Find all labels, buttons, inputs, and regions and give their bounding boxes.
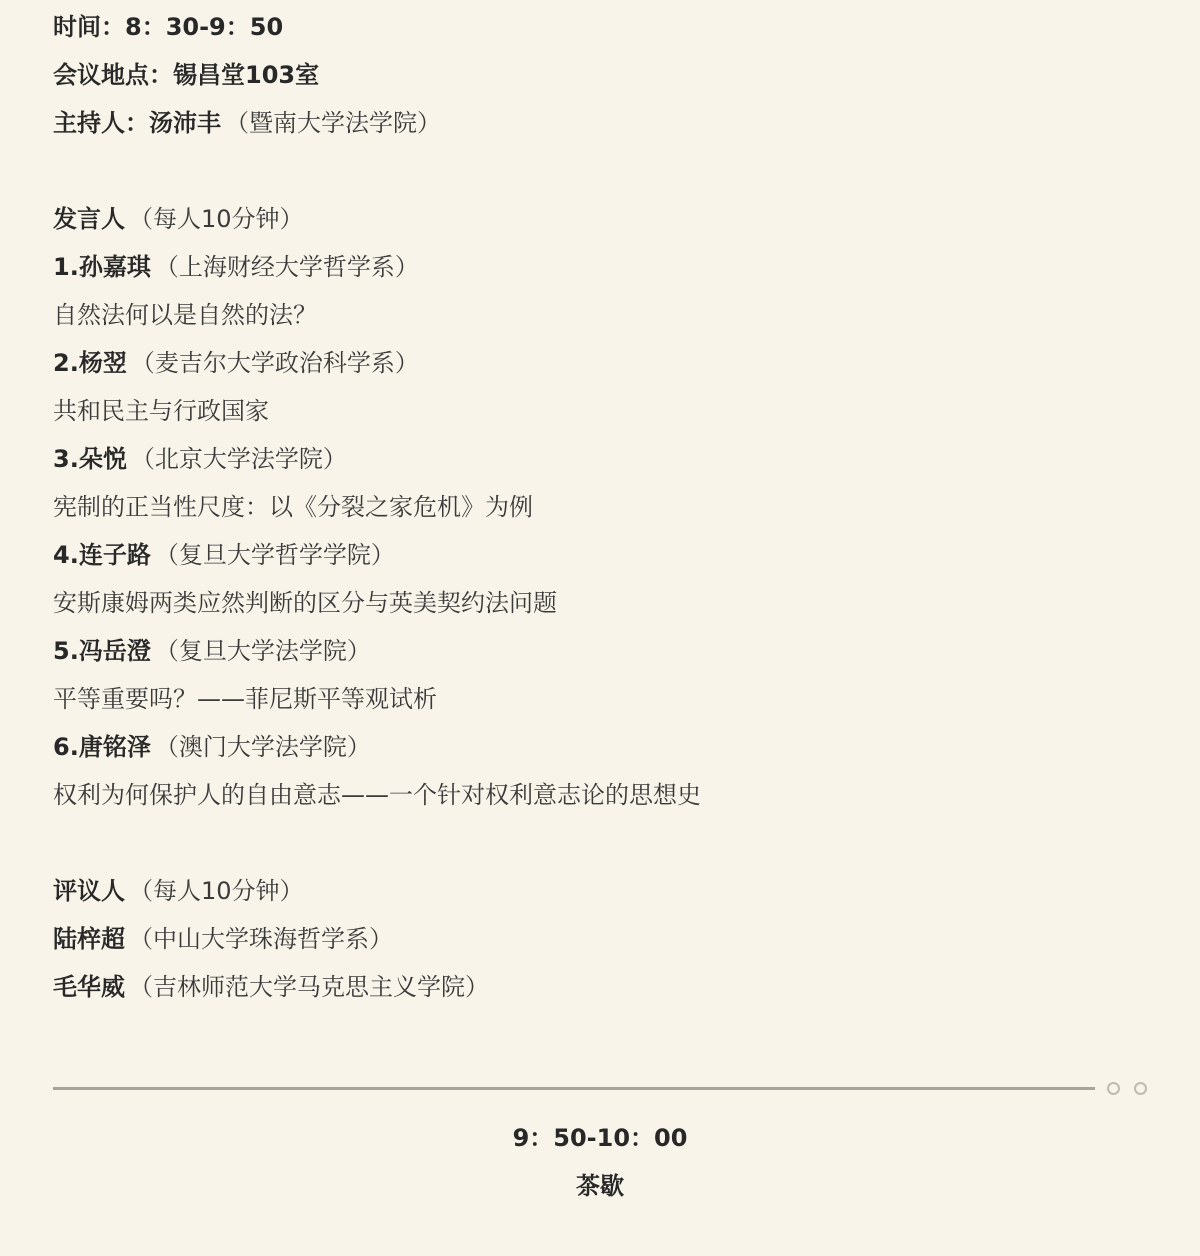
tea-break-time: 9：50-10：00 (53, 1114, 1147, 1162)
speaker-name: 5.冯岳澄 (53, 637, 151, 665)
discussant-affiliation: （中山大学珠海哲学系） (129, 925, 393, 953)
speaker-row: 5.冯岳澄（复旦大学法学院） (53, 627, 1147, 675)
discussants-heading-label: 评议人 (53, 877, 125, 905)
speaker-row: 1.孙嘉琪（上海财经大学哲学系） (53, 243, 1147, 291)
speaker-affiliation: （北京大学法学院） (131, 445, 347, 473)
speaker-affiliation: （复旦大学法学院） (155, 637, 371, 665)
blank-line (53, 147, 1147, 195)
session-host-line: 主持人：汤沛丰（暨南大学法学院） (53, 99, 1147, 147)
section-divider (53, 1081, 1147, 1095)
host-label: 主持人： (53, 109, 149, 137)
speaker-affiliation: （麦吉尔大学政治科学系） (131, 349, 419, 377)
speaker-affiliation: （澳门大学法学院） (155, 733, 371, 761)
speaker-name: 1.孙嘉琪 (53, 253, 151, 281)
divider-line (53, 1087, 1095, 1090)
discussant-affiliation: （吉林师范大学马克思主义学院） (129, 973, 489, 1001)
speaker-row: 2.杨翌（麦吉尔大学政治科学系） (53, 339, 1147, 387)
speaker-talk-title: 自然法何以是自然的法？ (53, 291, 1147, 339)
speaker-name: 6.唐铭泽 (53, 733, 151, 761)
host-name: 汤沛丰 (149, 109, 221, 137)
speaker-row: 6.唐铭泽（澳门大学法学院） (53, 723, 1147, 771)
speaker-affiliation: （上海财经大学哲学系） (155, 253, 419, 281)
session-time-line: 时间：8：30-9：50 (53, 3, 1147, 51)
divider-dot-icon (1107, 1082, 1120, 1095)
speaker-name: 4.连子路 (53, 541, 151, 569)
discussants-heading: 评议人（每人10分钟） (53, 867, 1147, 915)
speaker-name: 3.朵悦 (53, 445, 127, 473)
divider-dot-icon (1134, 1082, 1147, 1095)
blank-line (53, 819, 1147, 867)
speaker-talk-title: 权利为何保护人的自由意志——一个针对权利意志论的思想史 (53, 771, 1147, 819)
time-label: 时间： (53, 13, 125, 41)
speaker-talk-title: 平等重要吗？——菲尼斯平等观试析 (53, 675, 1147, 723)
speaker-talk-title: 宪制的正当性尺度：以《分裂之家危机》为例 (53, 483, 1147, 531)
speakers-heading: 发言人（每人10分钟） (53, 195, 1147, 243)
venue-value: 锡昌堂103室 (173, 61, 319, 89)
speaker-talk-title: 共和民主与行政国家 (53, 387, 1147, 435)
venue-label: 会议地点： (53, 61, 173, 89)
session-document: 时间：8：30-9：50 会议地点：锡昌堂103室 主持人：汤沛丰（暨南大学法学… (0, 0, 1200, 1210)
speakers-heading-note: （每人10分钟） (129, 205, 304, 233)
discussant-name: 毛华威 (53, 973, 125, 1001)
speaker-affiliation: （复旦大学哲学学院） (155, 541, 395, 569)
discussant-row: 毛华威（吉林师范大学马克思主义学院） (53, 963, 1147, 1011)
host-affiliation: （暨南大学法学院） (225, 109, 441, 137)
time-value: 8：30-9：50 (125, 13, 283, 41)
discussant-row: 陆梓超（中山大学珠海哲学系） (53, 915, 1147, 963)
tea-break-block: 9：50-10：00 茶歇 (53, 1114, 1147, 1210)
discussants-heading-note: （每人10分钟） (129, 877, 304, 905)
speaker-row: 3.朵悦（北京大学法学院） (53, 435, 1147, 483)
speaker-name: 2.杨翌 (53, 349, 127, 377)
discussant-name: 陆梓超 (53, 925, 125, 953)
session-venue-line: 会议地点：锡昌堂103室 (53, 51, 1147, 99)
tea-break-label: 茶歇 (53, 1162, 1147, 1210)
speakers-heading-label: 发言人 (53, 205, 125, 233)
speaker-talk-title: 安斯康姆两类应然判断的区分与英美契约法问题 (53, 579, 1147, 627)
speaker-row: 4.连子路（复旦大学哲学学院） (53, 531, 1147, 579)
